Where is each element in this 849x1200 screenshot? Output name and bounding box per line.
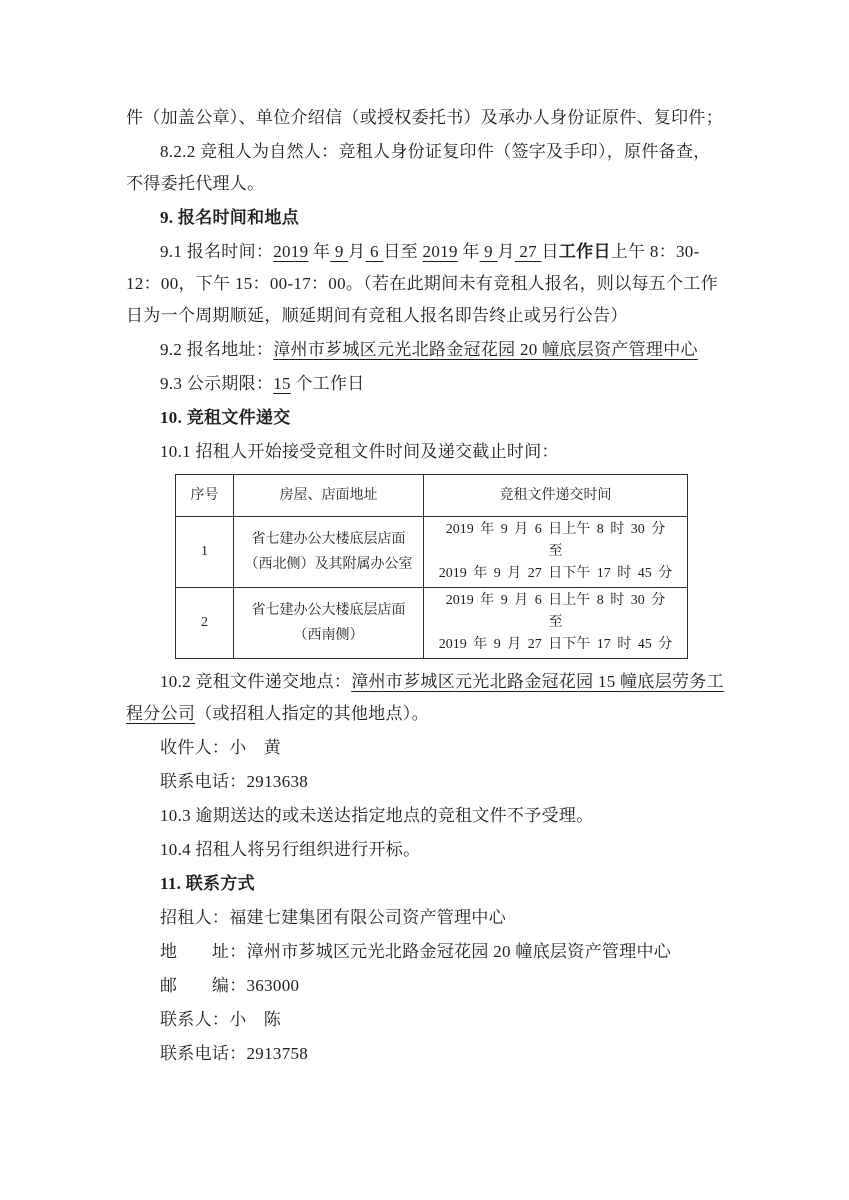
- time-end: 2019 年 9 月 27 日下午 17 时 45 分: [430, 634, 681, 656]
- para-10-1-submission-times-intro: 10.1 招租人开始接受竞租文件时间及递交截止时间：: [126, 436, 725, 468]
- time-start: 2019 年 9 月 6 日上午 8 时 30 分: [430, 590, 681, 612]
- para-recipient: 收件人：小 黄: [126, 732, 725, 764]
- para-lessor: 招租人：福建七建集团有限公司资产管理中心: [126, 902, 725, 934]
- col-header-serial-number: 序号: [176, 475, 234, 517]
- time-until: 至: [430, 541, 681, 563]
- para-10-2-submission-location: 10.2 竞租文件递交地点：漳州市芗城区元光北路金冠花园 15 幢底层劳务工程分…: [126, 666, 725, 730]
- document-page: 件（加盖公章）、单位介绍信（或授权委托书）及承办人身份证原件、复印件； 8.2.…: [0, 0, 849, 1200]
- para-9-3-publicity-period: 9.3 公示期限：15 个工作日: [126, 368, 725, 400]
- time-start: 2019 年 9 月 6 日上午 8 时 30 分: [430, 519, 681, 541]
- para-continuation: 件（加盖公章）、单位介绍信（或授权委托书）及承办人身份证原件、复印件；: [126, 102, 725, 134]
- heading-11-contact-info: 11. 联系方式: [126, 868, 725, 900]
- para-10-4-bid-opening: 10.4 招租人将另行组织进行开标。: [126, 834, 725, 866]
- cell-property-address: 省七建办公大楼底层店面（西南侧）: [234, 588, 424, 659]
- cell-submission-time: 2019 年 9 月 6 日上午 8 时 30 分 至 2019 年 9 月 2…: [424, 588, 688, 659]
- table-row: 1 省七建办公大楼底层店面（西北侧）及其附属办公室 2019 年 9 月 6 日…: [176, 517, 688, 588]
- table-row: 2 省七建办公大楼底层店面（西南侧） 2019 年 9 月 6 日上午 8 时 …: [176, 588, 688, 659]
- heading-9-signup-time-location: 9. 报名时间和地点: [126, 202, 725, 234]
- time-until: 至: [430, 612, 681, 634]
- col-header-submission-time: 竞租文件递交时间: [424, 475, 688, 517]
- para-address: 地 址：漳州市芗城区元光北路金冠花园 20 幢底层资产管理中心: [126, 936, 725, 968]
- para-contact-person: 联系人：小 陈: [126, 1004, 725, 1036]
- para-contact-phone-2: 联系电话：2913758: [126, 1038, 725, 1070]
- col-header-property-address: 房屋、店面地址: [234, 475, 424, 517]
- para-postcode: 邮 编：363000: [126, 970, 725, 1002]
- cell-submission-time: 2019 年 9 月 6 日上午 8 时 30 分 至 2019 年 9 月 2…: [424, 517, 688, 588]
- cell-serial-number: 1: [176, 517, 234, 588]
- cell-serial-number: 2: [176, 588, 234, 659]
- table-header-row: 序号 房屋、店面地址 竞租文件递交时间: [176, 475, 688, 517]
- para-9-2-signup-address: 9.2 报名地址：漳州市芗城区元光北路金冠花园 20 幢底层资产管理中心: [126, 334, 725, 366]
- para-8-2-2: 8.2.2 竞租人为自然人：竞租人身份证复印件（签字及手印），原件备查，不得委托…: [126, 136, 725, 200]
- para-9-1-signup-time: 9.1 报名时间：2019 年 9 月 6 日至 2019 年 9 月 27 日…: [126, 236, 725, 332]
- time-end: 2019 年 9 月 27 日下午 17 时 45 分: [430, 563, 681, 585]
- submission-schedule-table: 序号 房屋、店面地址 竞租文件递交时间 1 省七建办公大楼底层店面（西北侧）及其…: [175, 474, 688, 659]
- heading-10-bid-document-submission: 10. 竞租文件递交: [126, 402, 725, 434]
- cell-property-address: 省七建办公大楼底层店面（西北侧）及其附属办公室: [234, 517, 424, 588]
- para-10-3-overdue: 10.3 逾期送达的或未送达指定地点的竞租文件不予受理。: [126, 800, 725, 832]
- para-contact-phone-1: 联系电话：2913638: [126, 766, 725, 798]
